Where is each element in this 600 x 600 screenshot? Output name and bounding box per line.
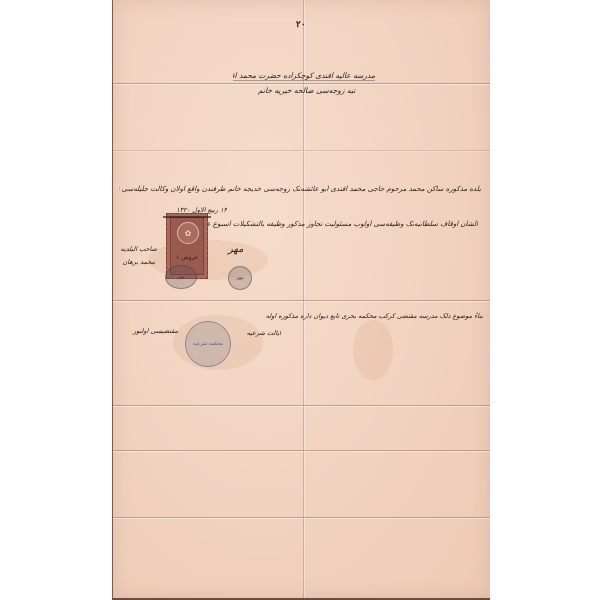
lower-line-2: مقتضیسی اولنور (118, 327, 178, 335)
body-line-3: الشان اوقاف سلطانیه‌نک وظیفه‌سی اولوب مس… (188, 220, 478, 228)
horizontal-fold-line (113, 150, 490, 151)
body-line-1: بلده مذکوره ساکن محمد مرحوم حاجی محمد اف… (119, 185, 481, 193)
address-line-2: تبه زوجه‌سی صالحه خیریه خانم (258, 86, 355, 95)
stamp-overprint-line (163, 216, 211, 218)
seal-stamp-blue: محکمه شرعیه (185, 321, 231, 367)
horizontal-fold-line (113, 300, 490, 301)
seal-stamp-grey: مهر (228, 266, 252, 290)
tughra-emblem-icon: ✿ (177, 222, 199, 244)
horizontal-fold-line (113, 450, 490, 451)
document-paper: ٢٠ مدرسه عالیه افندی کوچکزاده حضرت محمد … (112, 0, 490, 600)
signature: مهر (228, 244, 243, 255)
lower-line-3: ایالت شرعیه (233, 329, 281, 337)
page-number-mark: ٢٠ (296, 20, 306, 30)
seal-stamp-grey: مهر (165, 265, 197, 289)
horizontal-fold-line (113, 83, 490, 84)
margin-note-2: محمد برهان (121, 258, 155, 266)
lower-line-1: بناءً موضوع ذلک مدرسه مقتضی کرکب محکمه ب… (118, 312, 483, 320)
address-line-1: مدرسه عالیه افندی کوچکزاده حضرت محمد افن… (233, 71, 375, 81)
horizontal-fold-line (113, 517, 490, 518)
age-stain (353, 320, 393, 380)
horizontal-fold-line (113, 405, 490, 406)
stamp-value: غروش ١ (171, 254, 203, 261)
margin-note-1: صاحب البلدیه (119, 245, 157, 253)
